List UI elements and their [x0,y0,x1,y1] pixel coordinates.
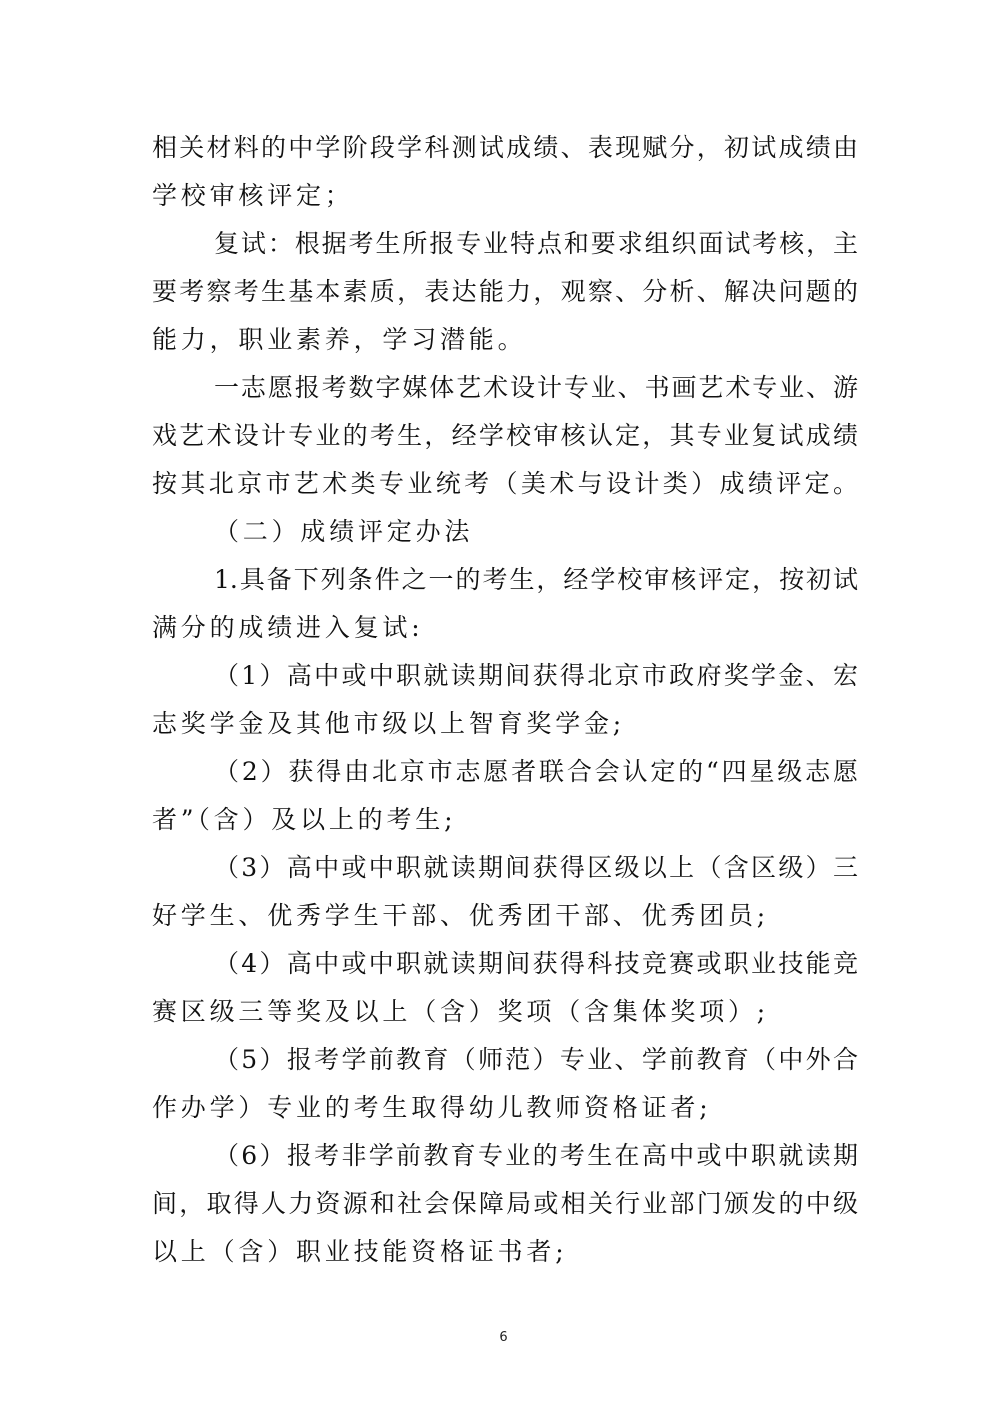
list-item-line: （2）获得由北京市志愿者联合会认定的“四星级志愿 [214,748,858,796]
list-item-line: 志奖学金及其他市级以上智育奖学金; [152,700,625,748]
list-item-line: 间，取得人力资源和社会保障局或相关行业部门颁发的中级 [152,1180,858,1228]
list-item-line: 赛区级三等奖及以上（含）奖项（含集体奖项）; [152,988,769,1036]
list-item-line: （4）高中或中职就读期间获得科技竞赛或职业技能竞 [214,940,858,988]
section-heading: （二）成绩评定办法 [214,508,473,556]
text-line: 学校审核评定； [152,172,354,220]
text-line: 能力，职业素养，学习潜能。 [152,316,526,364]
list-item-line: 好学生、优秀学生干部、优秀团干部、优秀团员; [152,892,769,940]
text-line: 满分的成绩进入复试: [152,604,423,652]
list-item-line: 作办学）专业的考生取得幼儿教师资格证者; [152,1084,711,1132]
text-line: 相关材料的中学阶段学科测试成绩、表现赋分，初试成绩由 [152,124,858,172]
text-line: 1.具备下列条件之一的考生，经学校审核评定，按初试 [214,556,858,604]
list-item-line: （6）报考非学前教育专业的考生在高中或中职就读期 [214,1132,858,1180]
text-line: 复试：根据考生所报专业特点和要求组织面试考核，主 [214,220,858,268]
list-item-line: （5）报考学前教育（师范）专业、学前教育（中外合 [214,1036,858,1084]
list-item-line: 者”（含）及以上的考生; [152,796,456,844]
list-item-line: （3）高中或中职就读期间获得区级以上（含区级）三 [214,844,858,892]
text-line: 一志愿报考数字媒体艺术设计专业、书画艺术专业、游 [214,364,858,412]
list-item-line: 以上（含）职业技能资格证书者; [152,1228,567,1276]
text-line: 按其北京市艺术类专业统考（美术与设计类）成绩评定。 [152,460,858,508]
text-line: 戏艺术设计专业的考生，经学校审核认定，其专业复试成绩 [152,412,858,460]
list-item-line: （1）高中或中职就读期间获得北京市政府奖学金、宏 [214,652,858,700]
page-number: 6 [0,1330,1007,1345]
text-line: 要考察考生基本素质，表达能力，观察、分析、解决问题的 [152,268,858,316]
